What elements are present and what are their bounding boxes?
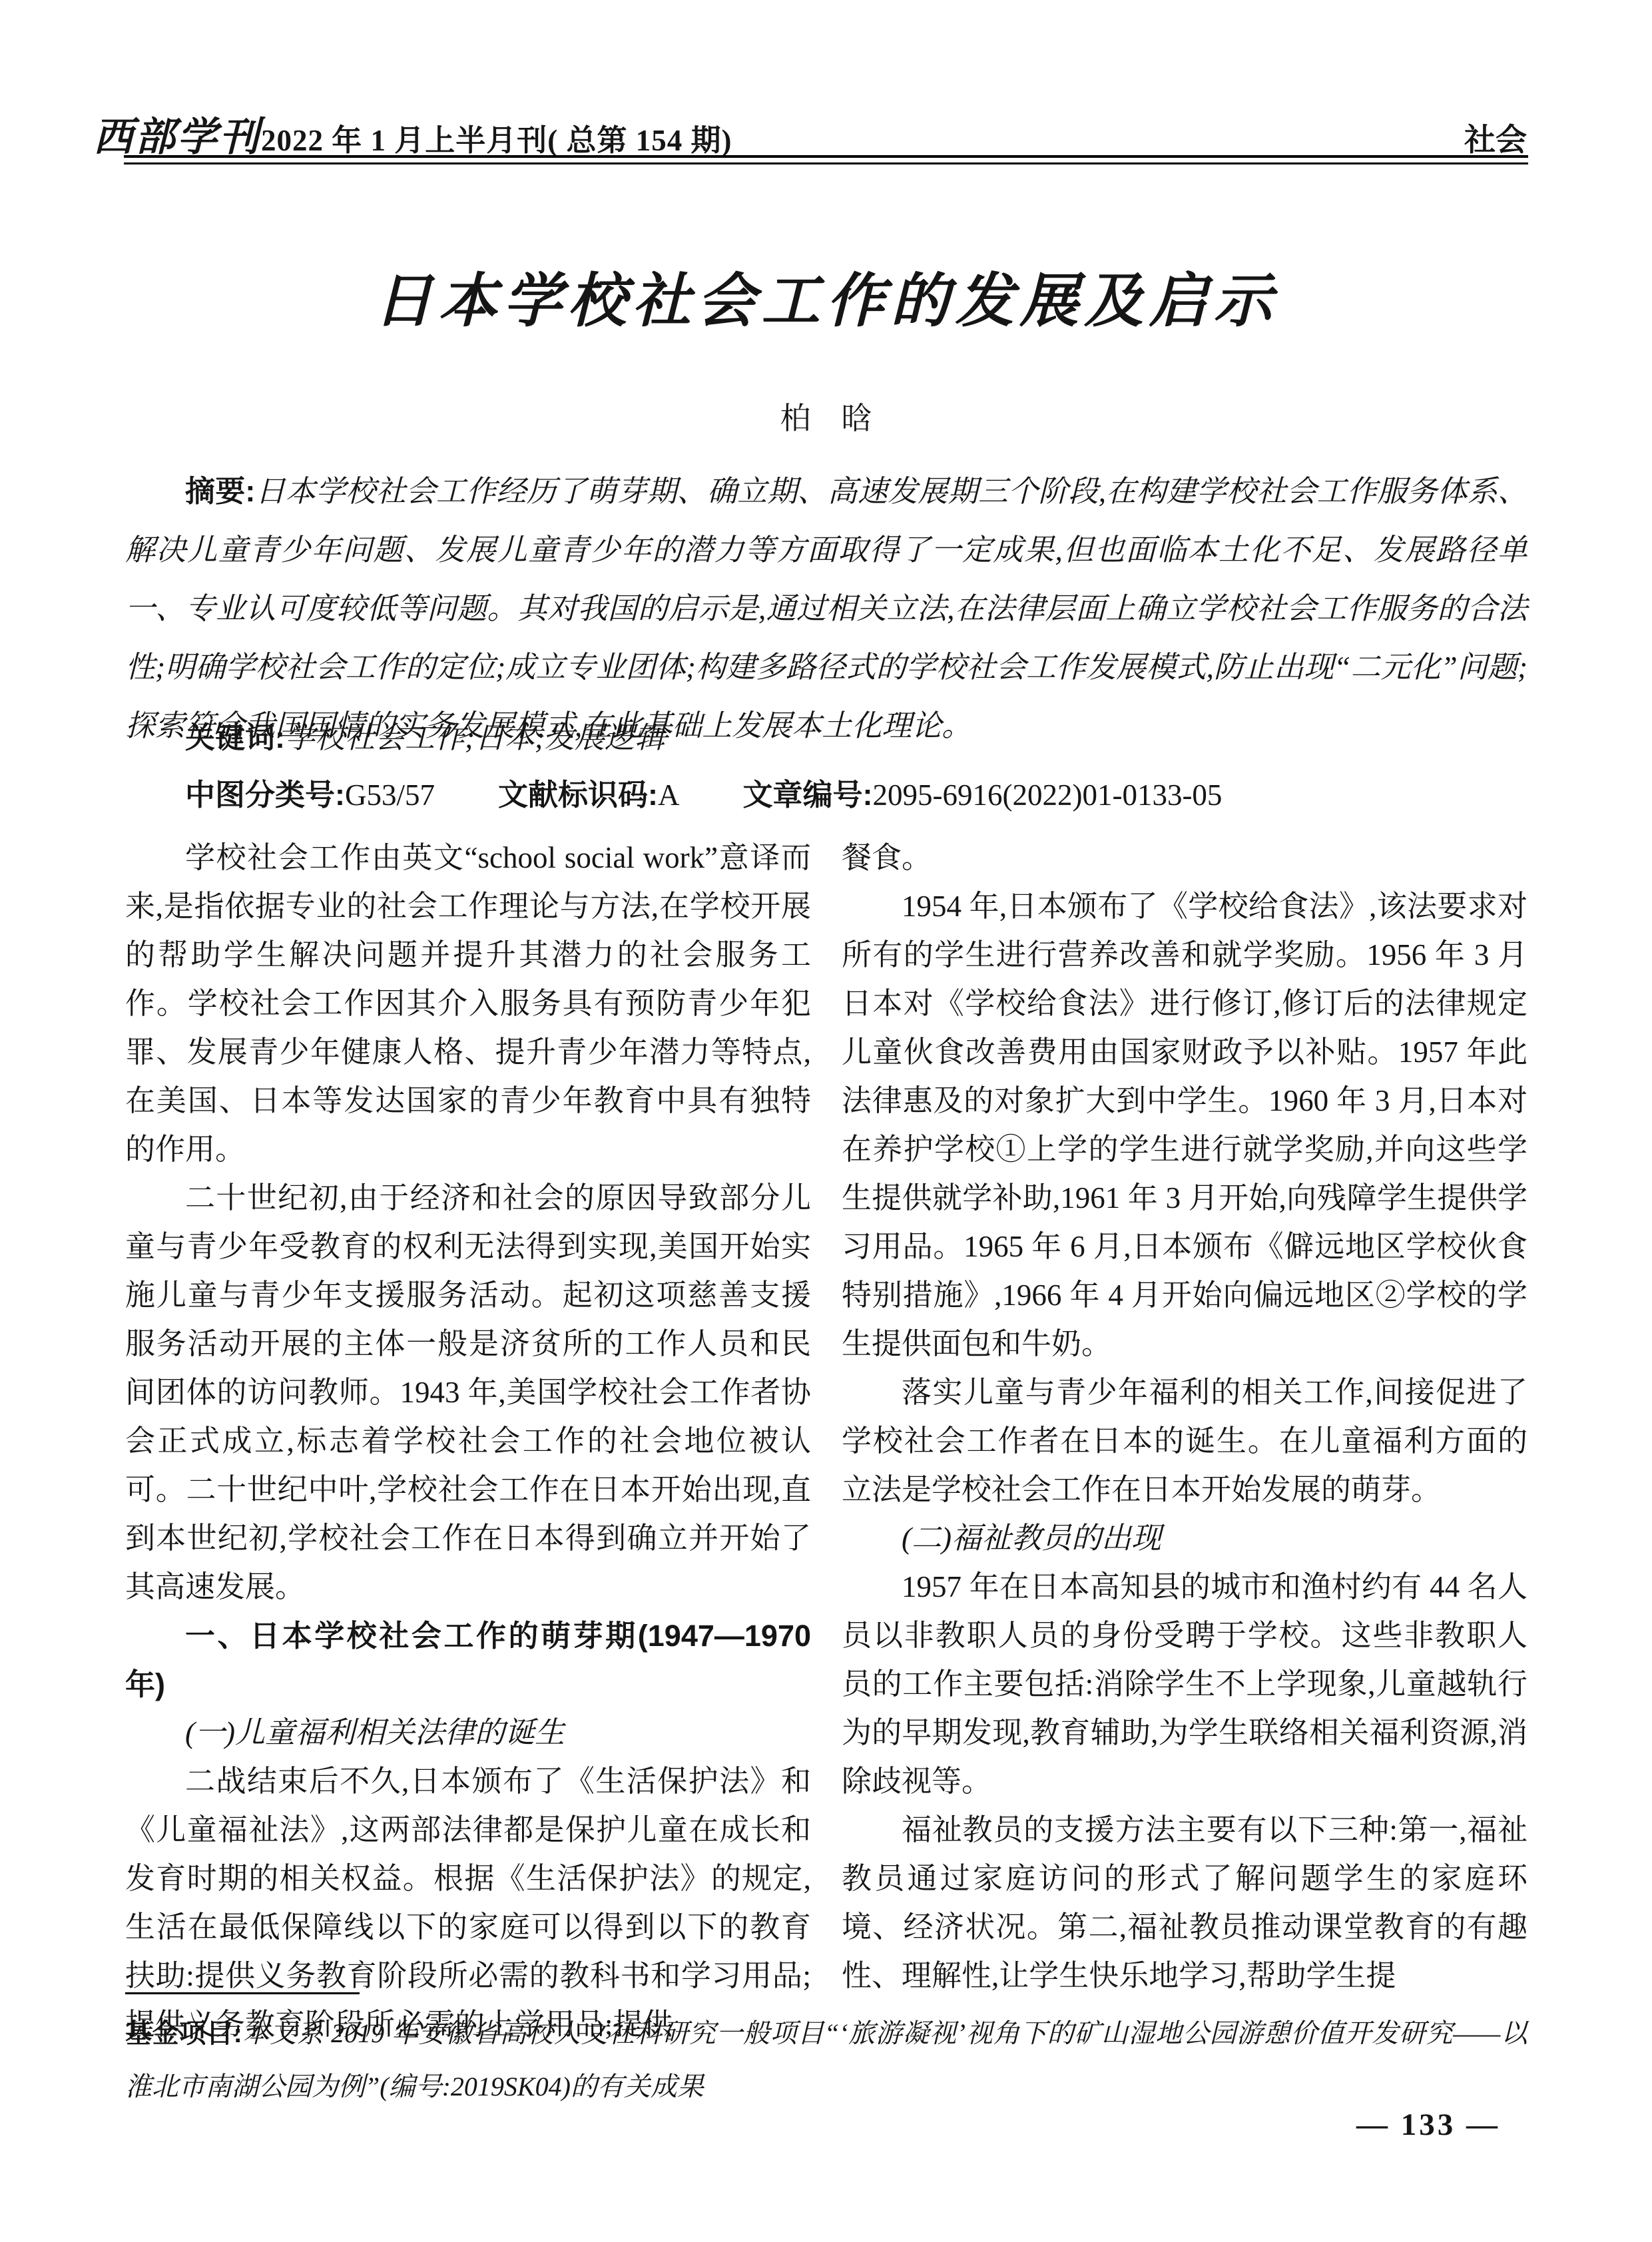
- doc-code-value: A: [658, 778, 680, 812]
- journal-issue-info: 2022 年 1 月上半月刊( 总第 154 期): [261, 124, 732, 157]
- classification-line: 中图分类号:G53/57文献标识码:A文章编号:2095-6916(2022)0…: [125, 775, 1527, 815]
- article-no-value: 2095-6916(2022)01-0133-05: [873, 778, 1223, 812]
- article-author: 柏 晗: [0, 394, 1652, 438]
- keywords-text: 学校社会工作;日本;发展逻辑: [285, 721, 665, 754]
- paragraph: 二战结束后不久,日本颁布了《生活保护法》和《儿童福祉法》,这两部法律都是保护儿童…: [125, 1757, 811, 2049]
- abstract-label: 摘要:: [185, 474, 255, 508]
- paragraph-continuation: 餐食。: [842, 834, 1527, 882]
- keywords-line: 关键词:学校社会工作;日本;发展逻辑: [125, 718, 1527, 758]
- journal-name: 西部学刊: [93, 115, 261, 159]
- subsection-heading: (二)福祉教员的出现: [842, 1514, 1527, 1563]
- paragraph: 二十世纪初,由于经济和社会的原因导致部分儿童与青少年受教育的权利无法得到实现,美…: [125, 1174, 811, 1611]
- page-number: — 133 —: [1356, 2107, 1500, 2143]
- right-column: 餐食。 1954 年,日本颁布了《学校给食法》,该法要求对所有的学生进行营养改善…: [842, 834, 1527, 2049]
- clc-label: 中图分类号:: [185, 778, 345, 812]
- header-divider: [124, 155, 1528, 164]
- article-title: 日本学校社会工作的发展及启示: [0, 254, 1652, 338]
- paragraph: 落实儿童与青少年福利的相关工作,间接促进了学校社会工作者在日本的诞生。在儿童福利…: [842, 1368, 1527, 1514]
- paragraph: 1954 年,日本颁布了《学校给食法》,该法要求对所有的学生进行营养改善和就学奖…: [842, 882, 1527, 1368]
- abstract-text: 日本学校社会工作经历了萌芽期、确立期、高速发展期三个阶段,在构建学校社会工作服务…: [125, 475, 1527, 742]
- keywords-label: 关键词:: [185, 720, 285, 754]
- section-label: 社会: [1464, 115, 1527, 160]
- left-column: 学校社会工作由英文“school social work”意译而来,是指依据专业…: [125, 834, 811, 2049]
- abstract: 摘要:日本学校社会工作经历了萌芽期、确立期、高速发展期三个阶段,在构建学校社会工…: [125, 462, 1527, 755]
- subsection-heading: (一)儿童福利相关法律的诞生: [125, 1709, 811, 1757]
- doc-code-label: 文献标识码:: [498, 778, 658, 812]
- body-columns: 学校社会工作由英文“school social work”意译而来,是指依据专业…: [125, 834, 1527, 2049]
- funding-text: 本文系 2019 年安徽省高校人文社科研究一般项目“‘旅游凝视’视角下的矿山湿地…: [125, 2018, 1527, 2102]
- funding-footnote: 基金项目:本文系 2019 年安徽省高校人文社科研究一般项目“‘旅游凝视’视角下…: [125, 2007, 1527, 2113]
- paragraph: 1957 年在日本高知县的城市和渔村约有 44 名人员以非教职人员的身份受聘于学…: [842, 1563, 1527, 1806]
- journal-page: 西部学刊2022 年 1 月上半月刊( 总第 154 期) 社会 日本学校社会工…: [0, 0, 1652, 2242]
- section-heading: 一、日本学校社会工作的萌芽期(1947—1970 年): [125, 1611, 811, 1709]
- page-header: 西部学刊2022 年 1 月上半月刊( 总第 154 期) 社会: [93, 105, 1527, 162]
- paragraph: 福祉教员的支援方法主要有以下三种:第一,福祉教员通过家庭访问的形式了解问题学生的…: [842, 1806, 1527, 2000]
- article-no-label: 文章编号:: [743, 778, 873, 812]
- funding-label: 基金项目:: [125, 2019, 242, 2048]
- journal-masthead: 西部学刊2022 年 1 月上半月刊( 总第 154 期): [93, 105, 732, 162]
- paragraph: 学校社会工作由英文“school social work”意译而来,是指依据专业…: [125, 834, 811, 1174]
- clc-value: G53/57: [345, 778, 435, 812]
- footnote-divider: [125, 1992, 360, 1994]
